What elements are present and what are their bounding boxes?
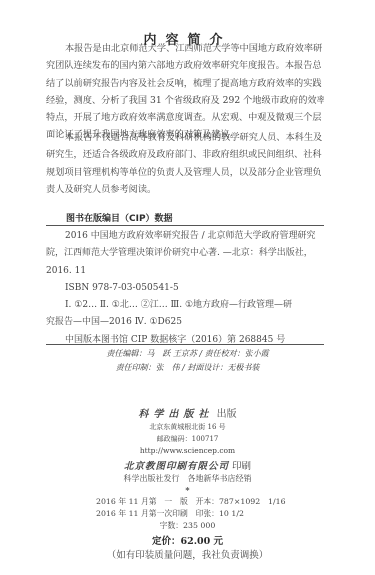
publisher-postcode: 邮政编码：100717 (0, 434, 375, 444)
text-line: 经验，测度、分析了我国 31 个省级政府及 292 个地级市政府的效率及 (46, 92, 324, 109)
cip-line: 2016. 11 (46, 263, 324, 280)
cip-block: 2016 中国地方政府效率研究报告 / 北京师范大学政府管理研究 院，江西师范大… (46, 228, 324, 349)
printer-suffix: 印刷 (232, 461, 251, 472)
credits-line-editors: 责任编辑：马 跃 王京苏 / 责任校对：张小霞 (0, 347, 375, 361)
text-line: 规划项目管理机构等单位的负责人及管理人员，以及部分企业管理负 (46, 164, 324, 181)
text-line: 结了以前研究报告内容及社会反响，梳理了提高地方政府效率的实践 (46, 75, 324, 92)
text-line: 本报告不仅适合高等教育及科研机构的教学研究人员、本科生及 (46, 129, 324, 146)
cip-line: 究报告—中国—2016 Ⅳ. ①D625 (46, 314, 324, 331)
cip-line: ISBN 978-7-03-050541-5 (46, 280, 324, 297)
credits-line-production: 责任印制：张 伟 / 封面设计：无极书装 (0, 361, 375, 375)
distribution-line: 科学出版社发行 各地新华书店经销 (0, 473, 375, 484)
copyright-page: 内容简介 本报告是由北京师范大学、江西师范大学等中国地方政府效率研 究团队连续发… (0, 0, 375, 575)
printer-name: 北京教图印刷有限公司 (124, 461, 229, 472)
text-line: 研究生，还适合各级政府及政府部门、非政府组织或民间组织、社科 (46, 146, 324, 163)
cip-top-rule (46, 225, 324, 226)
text-line: 本报告是由北京师范大学、江西师范大学等中国地方政府效率研 (46, 40, 324, 57)
publisher-address: 北京东黄城根北街 16 号 (0, 422, 375, 432)
publisher-name: 科学出版社 (138, 409, 213, 420)
word-count: 字数：235 000 (0, 520, 375, 531)
text-line: 特点，开展了地方政府效率满意度调查。从宏观、中观及微观三个层 (46, 109, 324, 126)
separator-mark: * (0, 485, 375, 495)
text-line: 责人及研究人员参考阅读。 (46, 181, 324, 198)
summary-paragraph-2: 本报告不仅适合高等教育及科研机构的教学研究人员、本科生及 研究生，还适合各级政府… (46, 129, 324, 198)
publisher-line: 科学出版社 出版 (0, 405, 375, 420)
text-line: 究团队连续发布的国内第六部地方政府效率研究年度报告。本报告总 (46, 57, 324, 74)
cip-line: 院，江西师范大学管理决策评价研究中心著. —北京：科学出版社， (46, 245, 324, 262)
printing-line: 2016 年 11 月第一次印刷 印张：10 1/2 (96, 508, 244, 519)
cip-heading: 图书在版编目（CIP）数据 (66, 211, 173, 224)
price: 定价：62.00 元 (0, 533, 375, 547)
cip-line: Ⅰ. ①2… Ⅱ. ①北… ②江… Ⅲ. ①地方政府—行政管理—研 (46, 297, 324, 314)
quality-notice: （如有印装质量问题，我社负责调换） (0, 547, 375, 561)
credits: 责任编辑：马 跃 王京苏 / 责任校对：张小霞 责任印制：张 伟 / 封面设计：… (0, 347, 375, 375)
publisher-suffix: 出版 (217, 409, 237, 420)
publisher-url: http://www.sciencep.com (0, 446, 375, 455)
edition-line: 2016 年 11 月第 一 版 开本：787×1092 1/16 (96, 496, 286, 507)
cip-bottom-rule (46, 344, 324, 345)
printer-line: 北京教图印刷有限公司 印刷 (0, 458, 375, 472)
cip-line: 2016 中国地方政府效率研究报告 / 北京师范大学政府管理研究 (46, 228, 324, 245)
